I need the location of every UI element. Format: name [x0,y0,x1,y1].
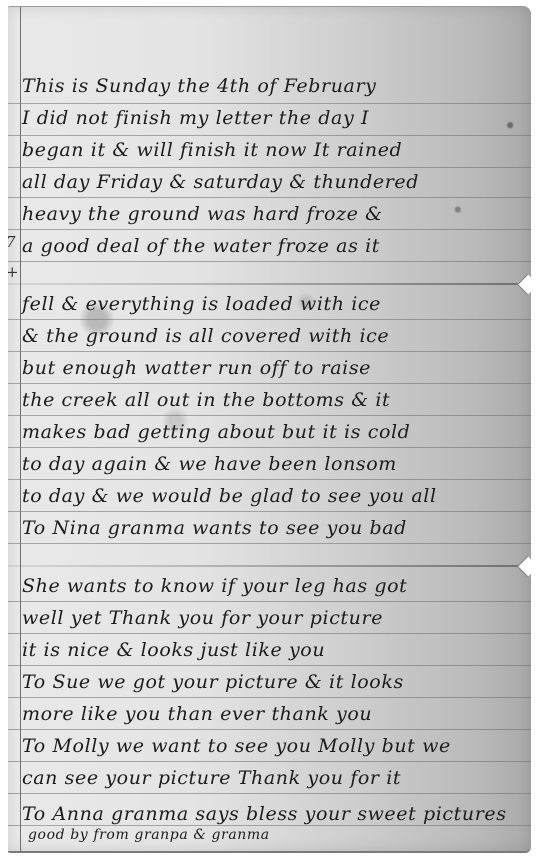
letter-line: all day Friday & saturday & thundered [22,171,419,193]
ruled-line [8,415,531,416]
ruled-line [8,135,531,136]
letter-line: well yet Thank you for your picture [22,607,383,629]
letter-line: To Anna granma says bless your sweet pic… [22,803,507,825]
letter-line: it is nice & looks just like you [22,639,325,661]
ruled-line [8,601,531,602]
ruled-line [8,261,531,262]
letter-line: more like you than ever thank you [22,703,372,725]
letter-line: To Nina granma wants to see you bad [22,517,407,539]
ruled-line [8,479,531,480]
letter-line: heavy the ground was hard froze & [22,203,383,225]
ruled-line [8,761,531,762]
letter-line: fell & everything is loaded with ice [22,293,381,315]
letter-line: began it & will finish it now It rained [22,139,402,161]
ruled-line [8,229,531,230]
letter-line: can see your picture Thank you for it [22,767,401,789]
ruled-line [8,197,531,198]
fold-crease [8,283,531,285]
ruled-line [8,697,531,698]
letter-line: I did not finish my letter the day I [22,107,369,129]
ruled-line [8,665,531,666]
letter-line: to day & we would be glad to see you all [22,485,437,507]
closing-line: good by from granpa & granma [28,827,270,843]
ruled-line [8,167,531,168]
letter-line: but enough watter run off to raise [22,357,371,379]
letter-line: To Sue we got your picture & it looks [22,671,404,693]
ruled-line [8,383,531,384]
fold-notch [517,274,531,295]
letter-line: & the ground is all covered with ice [22,325,389,347]
margin-mark: + [8,263,19,281]
letter-line: She wants to know if your leg has got [22,575,407,597]
ruled-line [8,793,531,794]
fold-notch [517,556,531,577]
letter-line: To Molly we want to see you Molly but we [22,735,451,757]
letter-line: This is Sunday the 4th of February [22,75,376,97]
letter-line: a good deal of the water froze as it [22,235,380,257]
letter-page: 7 + This is Sunday the 4th of February I… [8,6,531,853]
ruled-line [8,447,531,448]
letter-line: the creek all out in the bottoms & it [22,389,390,411]
ruled-line [8,825,531,826]
margin-mark: 7 [8,233,16,251]
ruled-line [8,543,531,544]
ruled-line [8,351,531,352]
margin-line [20,7,21,851]
fold-crease [8,565,531,567]
ruled-line [8,103,531,104]
ruled-line [8,633,531,634]
ruled-line [8,319,531,320]
letter-line: to day again & we have been lonsom [22,453,397,475]
ruled-line [8,511,531,512]
letter-line: makes bad getting about but it is cold [22,421,410,443]
ruled-line [8,729,531,730]
